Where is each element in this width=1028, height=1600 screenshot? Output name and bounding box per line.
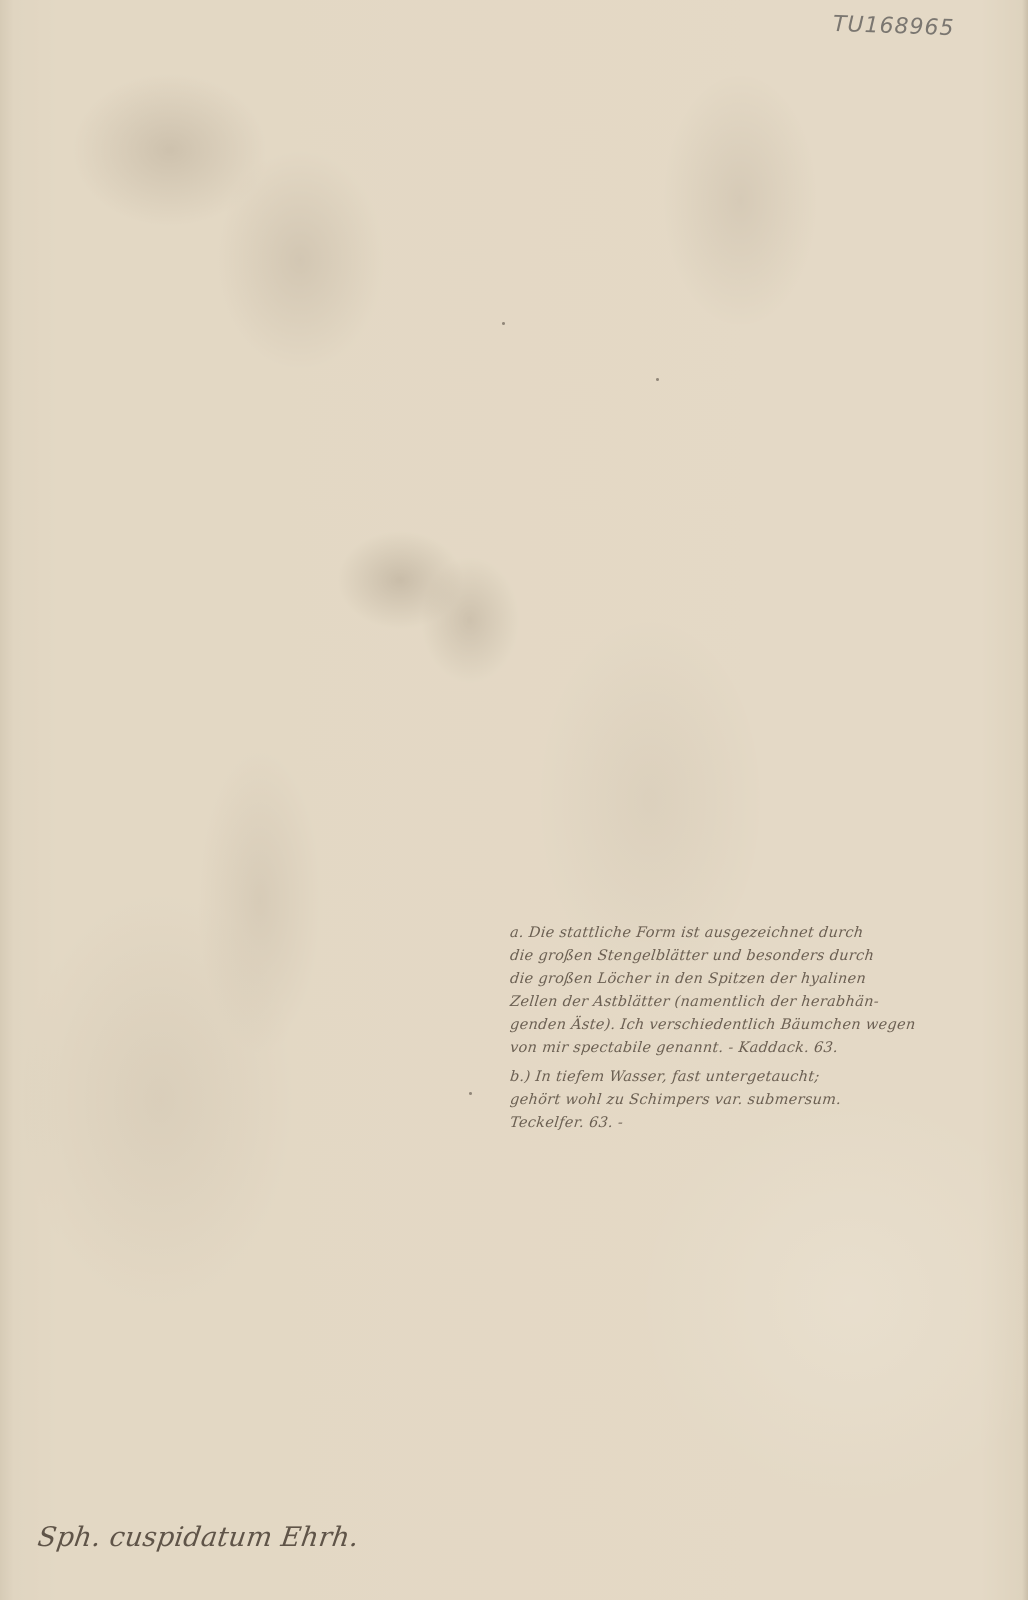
herbarium-sheet [0,0,1028,1600]
note-line: a. Die stattliche Form ist ausgezeichnet… [509,922,1011,945]
note-line: die großen Stengelblätter und besonders … [509,945,1011,968]
note-line: Teckelfer. 63. - [509,1112,1011,1135]
paper-speck [469,1092,472,1095]
catalog-number: TU168965 [833,12,955,41]
sheet-edge-shadow [1022,0,1028,1600]
note-line: von mir spectabile genannt. - Kaddack. 6… [509,1037,1011,1060]
note-line: die großen Löcher in den Spitzen der hya… [509,968,1011,991]
note-line: b.) In tiefem Wasser, fast untergetaucht… [509,1066,1011,1089]
note-section-b: b.) In tiefem Wasser, fast untergetaucht… [510,1066,1010,1135]
species-label: Sph. cuspidatum Ehrh. [36,1522,361,1553]
note-section-a: a. Die stattliche Form ist ausgezeichnet… [510,922,1010,1060]
paper-speck [502,322,505,325]
handwritten-note: a. Die stattliche Form ist ausgezeichnet… [510,922,1010,1135]
note-line: gehört wohl zu Schimpers var. submersum. [509,1089,1011,1112]
note-line: genden Äste). Ich verschiedentlich Bäumc… [509,1014,1011,1037]
note-line: Zellen der Astblätter (namentlich der he… [509,991,1011,1014]
paper-speck [656,378,659,381]
